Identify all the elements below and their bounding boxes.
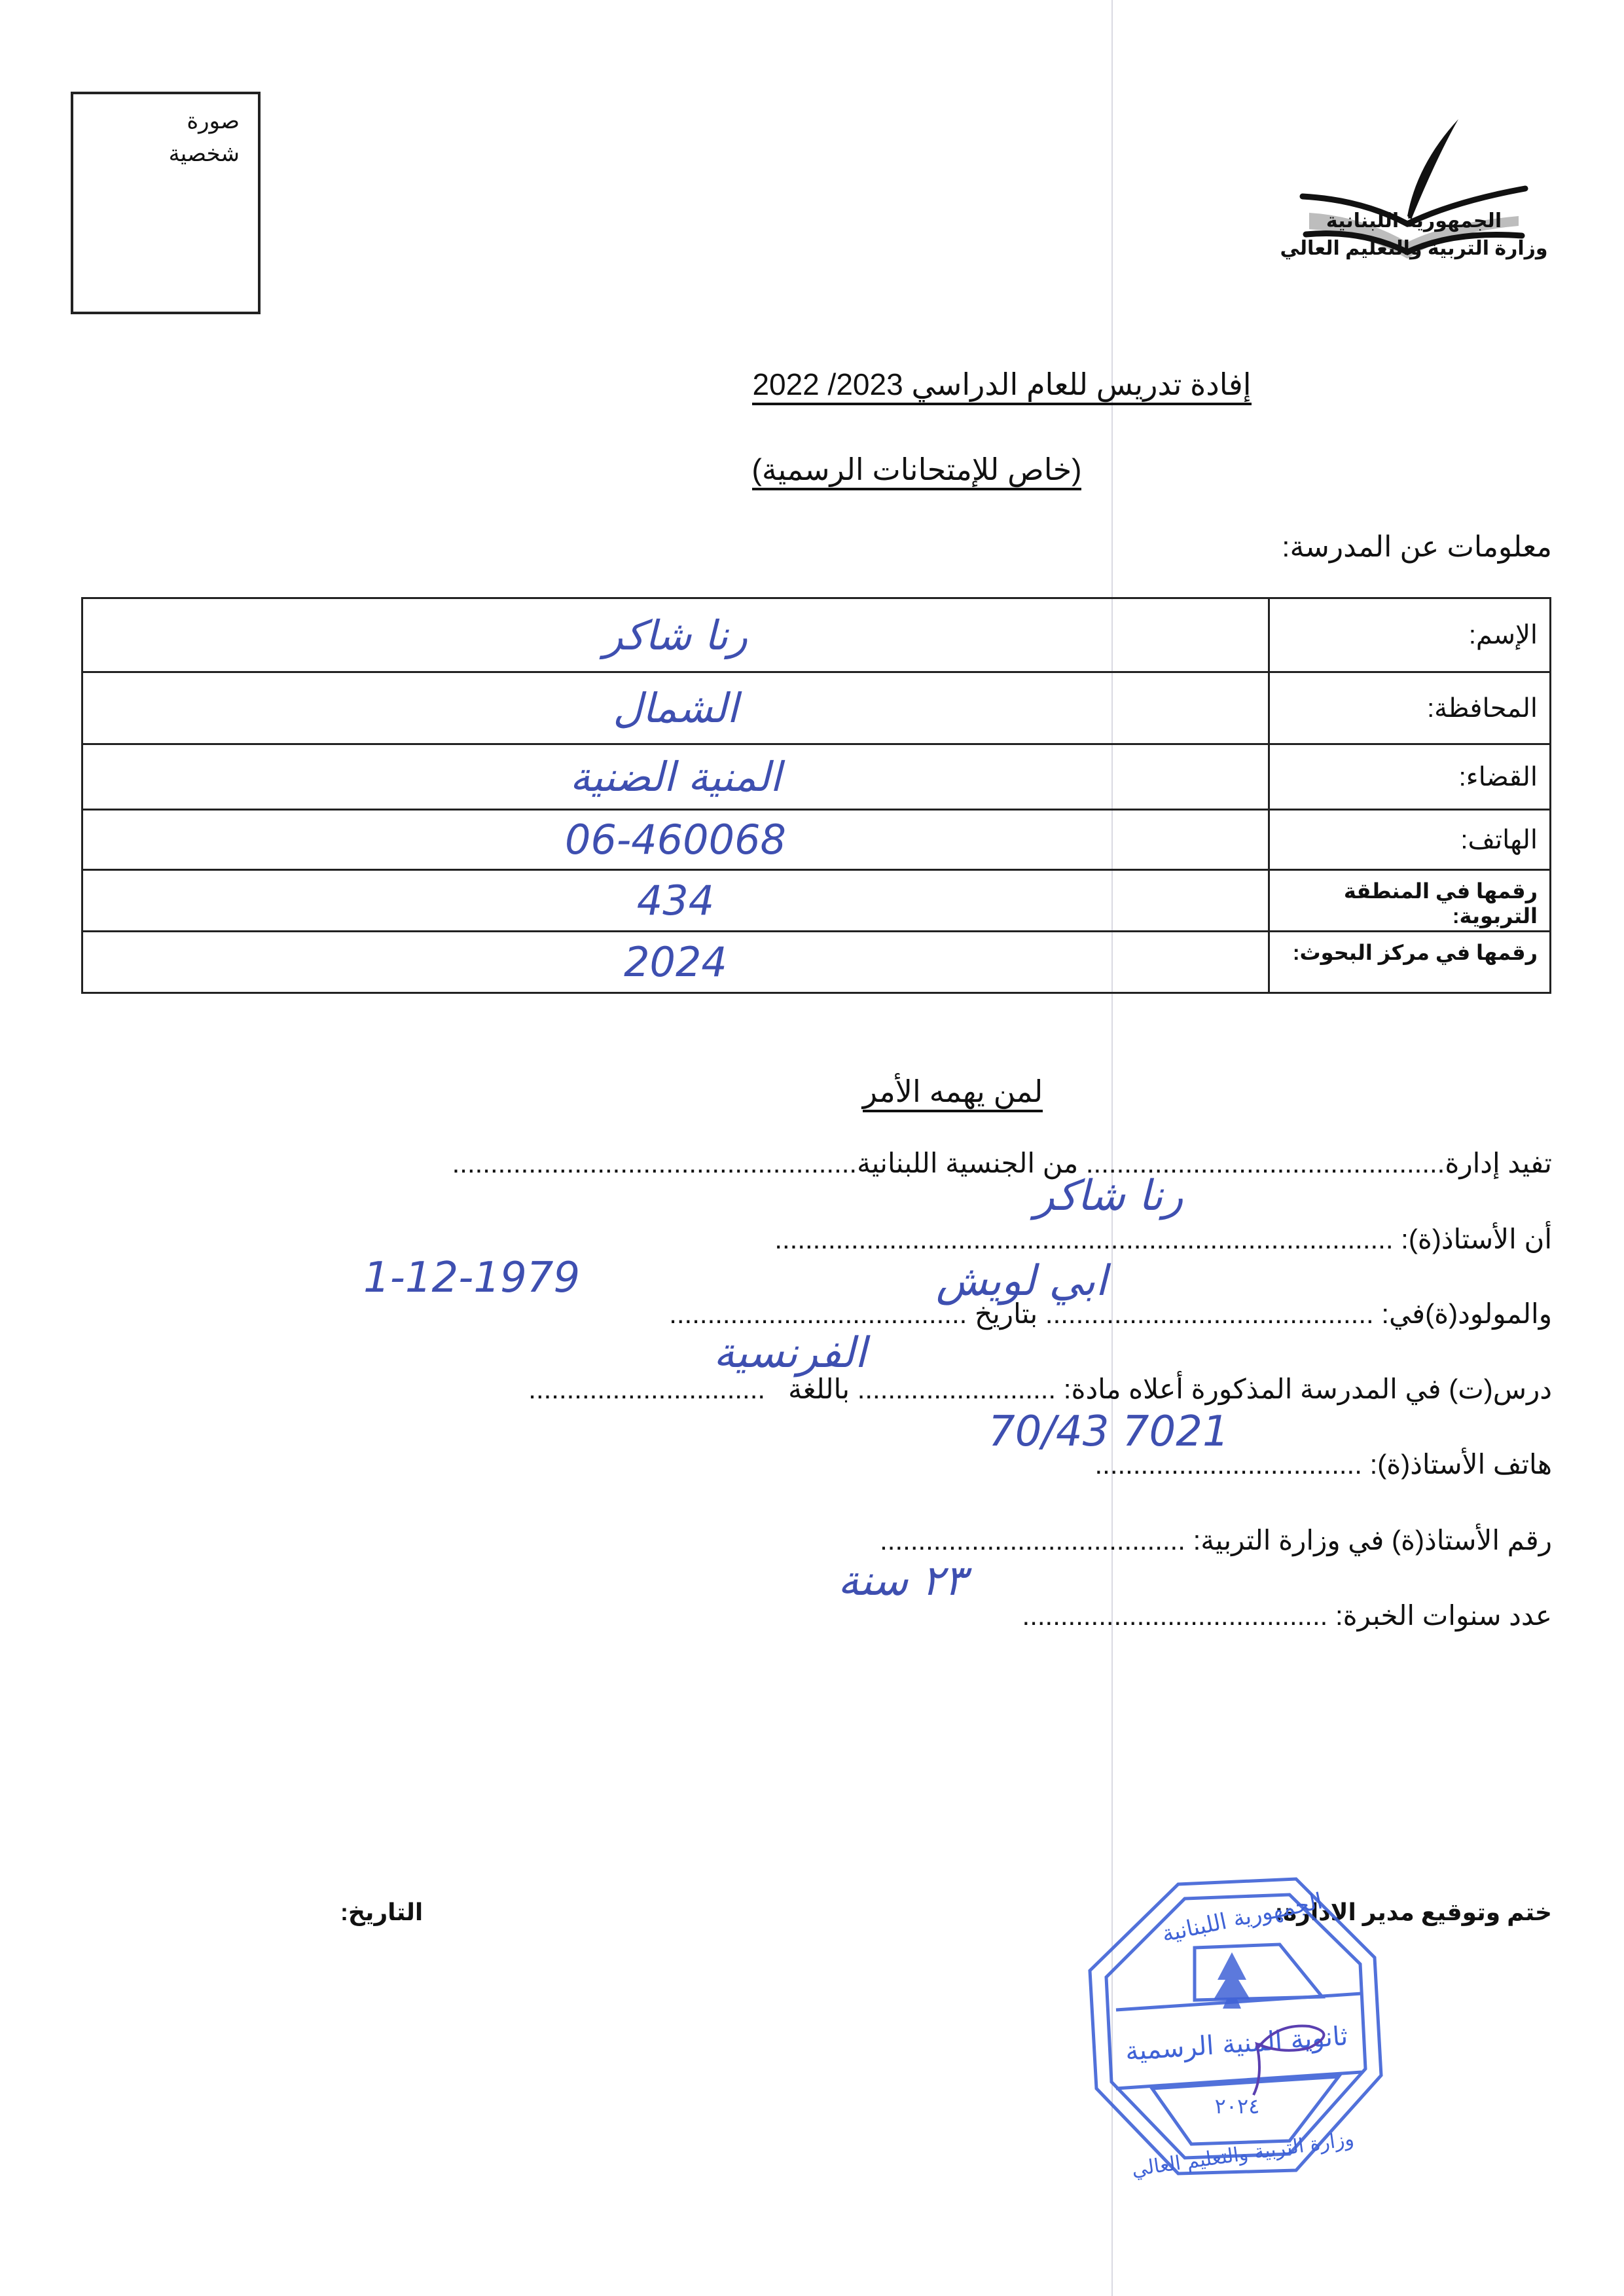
ministry-number-label: رقم الأستاذ(ة) في وزارة التربية:: [1193, 1525, 1552, 1556]
experience-line: عدد سنوات الخبرة: ......................…: [1022, 1599, 1552, 1631]
ministry-name-line1: الجمهورية اللبنانية: [1244, 210, 1584, 232]
line1-prefix: تفيد إدارة: [1445, 1148, 1552, 1178]
experience-label: عدد سنوات الخبرة:: [1335, 1600, 1552, 1631]
educational-zone-number-value[interactable]: 434: [82, 870, 1269, 932]
name-value[interactable]: رنا شاكر: [82, 598, 1269, 672]
date-label: التاريخ:: [340, 1899, 423, 1926]
birth-line: والمولود(ة)في: .........................…: [669, 1298, 1552, 1330]
governorate-label: المحافظة:: [1269, 672, 1551, 744]
document-subtitle-text: (خاص للإمتحانات الرسمية): [752, 452, 1082, 490]
birthdate-blank[interactable]: .......................................: [669, 1298, 967, 1329]
to-whom-heading-text: لمن يهمه الأمر: [863, 1074, 1043, 1112]
birthplace-label: والمولود(ة)في:: [1381, 1298, 1552, 1329]
table-row: المحافظة: الشمال: [82, 672, 1551, 744]
teacher-line: أن الأستاذ(ة): .........................…: [774, 1223, 1552, 1255]
research-center-number-value[interactable]: 2024: [82, 932, 1269, 993]
table-row: الهاتف: 06-460068: [82, 810, 1551, 870]
ministry-number-line: رقم الأستاذ(ة) في وزارة التربية: .......…: [880, 1524, 1552, 1556]
teacher-value: رنا شاكر: [1034, 1172, 1183, 1220]
school-stamp-icon: الجمهورية اللبنانية ثانوية المنية الرسمي…: [1080, 1872, 1388, 2180]
table-row: الإسم: رنا شاكر: [82, 598, 1551, 672]
teacher-blank[interactable]: ........................................…: [774, 1224, 1393, 1254]
subject-line: درس(ت) في المدرسة المذكورة أعلاه مادة: .…: [528, 1373, 1552, 1405]
teacher-phone-label: هاتف الأستاذ(ة):: [1370, 1449, 1552, 1480]
document-subtitle: (خاص للإمتحانات الرسمية): [0, 452, 1624, 487]
photo-label-line2: شخصية: [169, 137, 240, 170]
stamp-year: ٢٠٢٤: [1215, 2094, 1260, 2119]
teacher-label: أن الأستاذ(ة):: [1401, 1224, 1552, 1254]
district-value[interactable]: المنية الضنية: [82, 744, 1269, 810]
teacher-phone-value: 70/43 7021: [988, 1408, 1229, 1456]
table-row: رقمها في مركز البحوث: 2024: [82, 932, 1551, 993]
photo-label: صورة شخصية: [169, 105, 240, 170]
school-info-section-label: معلومات عن المدرسة:: [1282, 530, 1552, 564]
table-row: القضاء: المنية الضنية: [82, 744, 1551, 810]
phone-value-text: 06-460068: [565, 816, 786, 864]
ministry-number-blank[interactable]: ........................................: [880, 1525, 1185, 1556]
name-label: الإسم:: [1269, 598, 1551, 672]
research-center-number-label: رقمها في مركز البحوث:: [1269, 932, 1551, 993]
ministry-name-line2: وزارة التربية والتعليم العالي: [1244, 237, 1584, 260]
document-title-text: إفادة تدريس للعام الدراسي 2023/ 2022: [752, 367, 1251, 405]
language-blank[interactable]: ...............................: [528, 1374, 765, 1404]
nationality-trailing-blank[interactable]: ........................................…: [452, 1148, 857, 1178]
phone-value[interactable]: 06-460068: [82, 810, 1269, 870]
table-row: رقمها في المنطقة التربوية: 434: [82, 870, 1551, 932]
to-whom-heading: لمن يهمه الأمر: [0, 1074, 1624, 1109]
phone-label: الهاتف:: [1269, 810, 1551, 870]
educational-zone-number-label: رقمها في المنطقة التربوية:: [1269, 870, 1551, 932]
subject-value: الفرنسية: [713, 1329, 867, 1377]
governorate-value-text: الشمال: [613, 684, 738, 732]
district-label: القضاء:: [1269, 744, 1551, 810]
educational-zone-number-text: 434: [637, 877, 714, 924]
school-info-table: الإسم: رنا شاكر المحافظة: الشمال القضاء:…: [81, 597, 1551, 994]
subject-blank[interactable]: ..........................: [857, 1374, 1056, 1404]
governorate-value[interactable]: الشمال: [82, 672, 1269, 744]
language-label: باللغة: [788, 1374, 850, 1404]
birthplace-value: ابي لويش: [936, 1257, 1107, 1305]
experience-value: ٢٣ سنة: [838, 1557, 966, 1605]
administration-line: تفيد إدارة..............................…: [452, 1147, 1552, 1179]
district-value-text: المنية الضنية: [570, 753, 782, 801]
subject-label: درس(ت) في المدرسة المذكورة أعلاه مادة:: [1064, 1374, 1552, 1404]
name-value-text: رنا شاكر: [604, 611, 748, 659]
document-title: إفادة تدريس للعام الدراسي 2023/ 2022: [0, 367, 1624, 402]
photo-placeholder-box: صورة شخصية: [71, 92, 261, 314]
experience-blank[interactable]: ........................................: [1022, 1600, 1328, 1631]
photo-label-line1: صورة: [169, 105, 240, 137]
research-center-number-text: 2024: [624, 938, 727, 986]
birthdate-value: 1-12-1979: [363, 1254, 580, 1302]
